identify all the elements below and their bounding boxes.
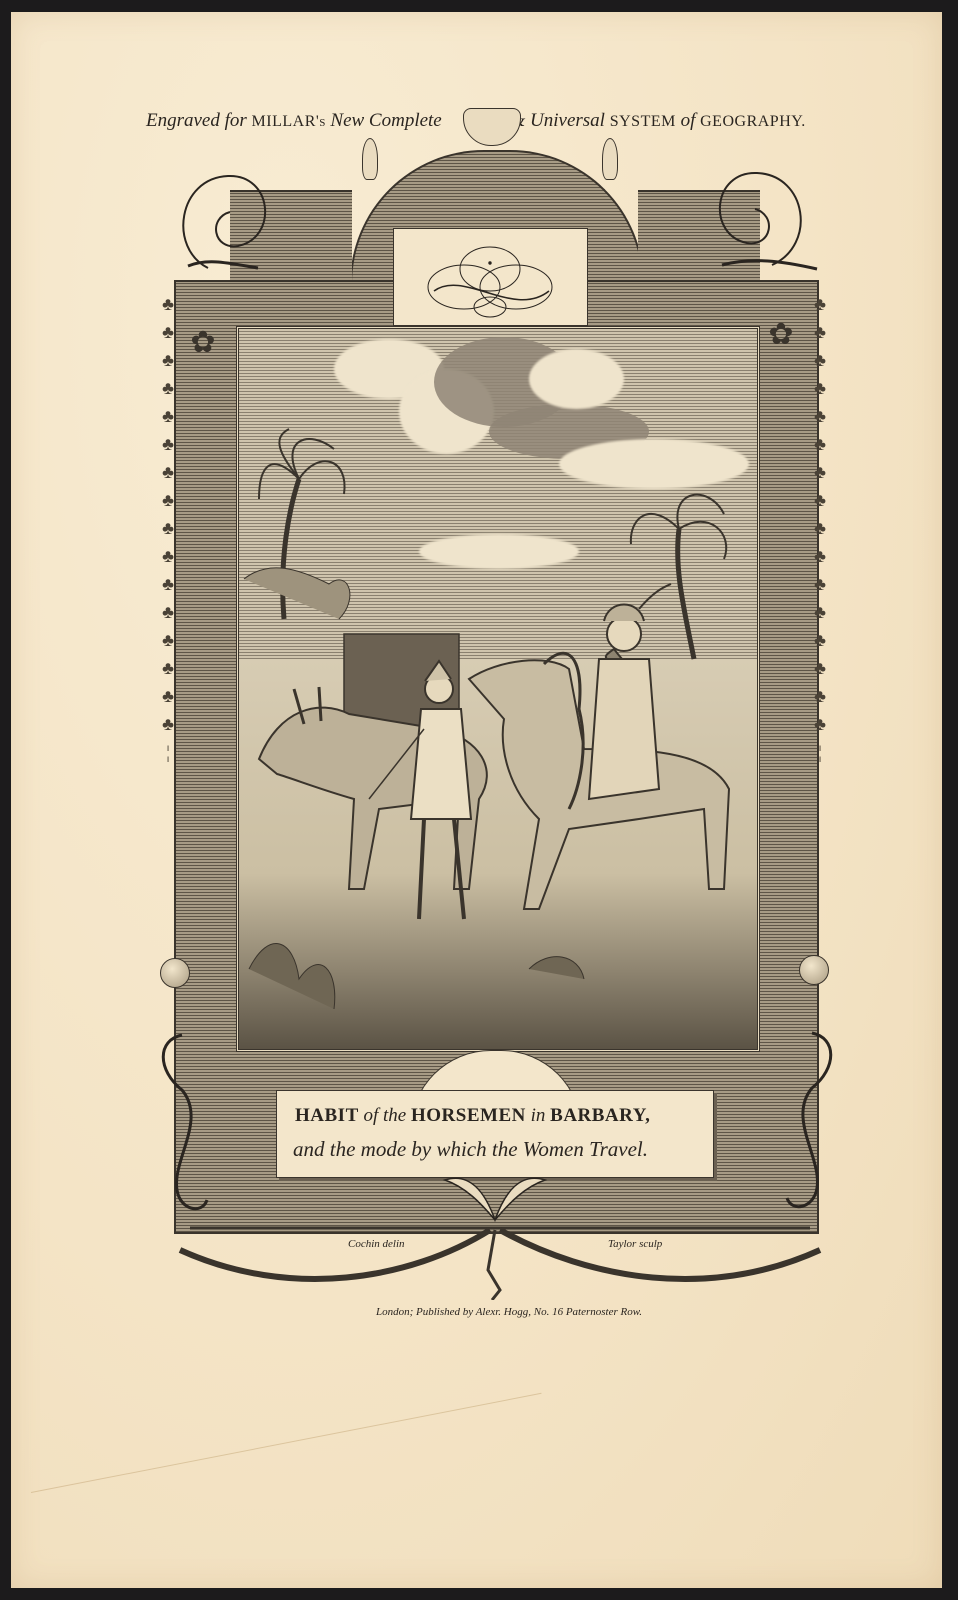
header-of: of [676,110,700,131]
header-script-engraved-for: Engraved for [146,110,252,131]
acanthus-scroll-left-icon [168,168,288,278]
bellflower-chain-right: ♣♣♣♣♣♣♣♣♣♣♣♣♣♣♣♣¦ [812,290,828,766]
publisher-imprint: London; Published by Alexr. Hogg, No. 16… [376,1306,642,1318]
lower-scroll-left-icon [152,1030,212,1220]
palm-fronds-left [259,429,345,499]
paper-crease [31,1393,542,1493]
scene-figures [239,329,757,1049]
rosette-left-icon: ✿ [186,326,220,360]
title-habit: HABIT [295,1105,359,1126]
finial-right-icon [602,138,618,180]
rider-robe [589,659,659,799]
lower-scroll-right-icon [782,1028,842,1218]
title-of-the: of the [359,1105,411,1126]
header-millars: MILLAR's [252,113,331,130]
finial-left-icon [362,138,378,180]
title-line-2: and the mode by which the Women Travel. [293,1137,648,1162]
header-new-complete: New Complete [330,110,441,131]
acanthus-scroll-right-icon [692,165,822,280]
scene-illustration [236,326,760,1052]
title-cartouche: HABIT of the HORSEMEN in BARBARY, and th… [276,1090,714,1178]
rosette-right-icon: ✿ [764,318,798,352]
credit-designer: Cochin delin [348,1238,405,1250]
rider-turban [604,605,644,622]
title-in: in [526,1105,550,1126]
credit-engraver: Taylor sculp [608,1238,662,1250]
title-line-1: HABIT of the HORSEMEN in BARBARY, [295,1105,650,1127]
ball-finial-right-icon [799,955,829,985]
header-system: SYSTEM [610,113,676,130]
header-universal: & Universal [506,110,610,131]
flourish-icon [394,229,587,325]
drapery-swag-icon [170,1220,830,1300]
palm-tree-right [678,529,694,659]
rider-head [607,617,641,651]
palmette-ornament-icon [440,1172,550,1222]
ball-finial-left-icon [160,958,190,988]
bellflower-chain-left: ♣♣♣♣♣♣♣♣♣♣♣♣♣♣♣♣¦ [160,290,176,766]
header-geography: GEOGRAPHY. [700,113,806,130]
servant-tunic [411,709,471,819]
title-horsemen: HORSEMEN [411,1105,526,1126]
top-cartouche-flourish [393,228,588,326]
rider-feather [639,584,671,609]
title-barbary: BARBARY, [550,1105,650,1126]
